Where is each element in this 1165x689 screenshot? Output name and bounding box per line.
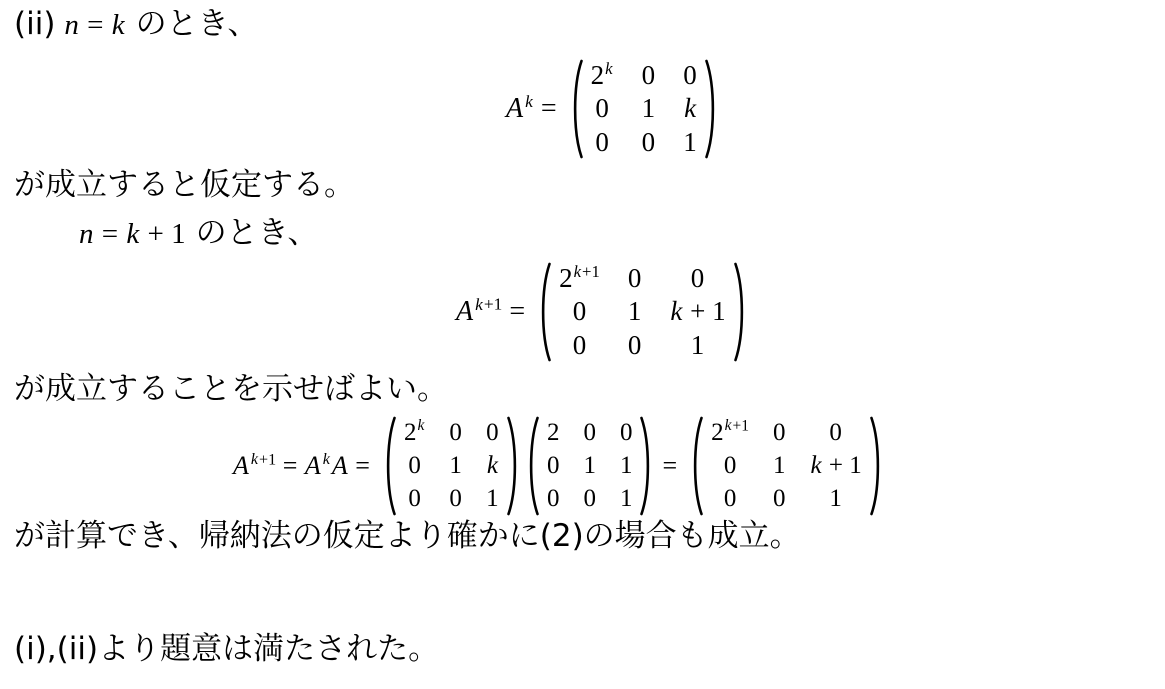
matrix-cell: 2k (404, 418, 425, 448)
matrix-product-a: 200011001 (525, 416, 655, 516)
matrix-cell: 2k+1 (559, 262, 600, 295)
matrix-cell: 0 (547, 451, 560, 481)
math-n-equals-k-plus-1: n = k + 1 (78, 218, 186, 250)
line-case-ii-intro: (ii)n = kのとき、 (14, 6, 258, 43)
matrix-ak: 2k0001k001 (569, 59, 719, 159)
matrix-cell: 0 (404, 451, 425, 481)
matrix-cell: 0 (449, 484, 462, 514)
matrix-product-result-grid: 2k+10001k + 1001 (704, 416, 869, 516)
matrix-cell: 0 (583, 418, 596, 448)
matrix-cell: 0 (711, 484, 749, 514)
matrix-cell: 0 (559, 329, 600, 362)
right-paren (506, 416, 521, 516)
matrix-cell: 1 (486, 484, 499, 514)
equation-ak-lhs: Ak = (505, 93, 557, 125)
matrix-cell: 1 (620, 484, 633, 514)
matrix-cell: k (486, 451, 499, 481)
right-paren (704, 59, 719, 159)
matrix-cell: 0 (559, 295, 600, 328)
matrix-ak-grid: 2k0001k001 (584, 59, 704, 159)
matrix-product-result: 2k+10001k + 1001 (689, 416, 884, 516)
matrix-cell: 2k+1 (711, 418, 749, 448)
matrix-cell: 0 (449, 418, 462, 448)
line-assume-holds: が成立すると仮定する。 (14, 167, 355, 203)
matrix-cell: 0 (547, 484, 560, 514)
line-final-conclusion: (i),(ii)より題意は満たされた。 (14, 631, 439, 667)
matrix-cell: 1 (773, 451, 786, 481)
matrix-cell: 1 (669, 329, 725, 362)
left-paren (382, 416, 397, 516)
matrix-cell: 1 (810, 484, 862, 514)
line3-suffix: のとき、 (196, 215, 319, 251)
right-paren (733, 262, 748, 362)
matrix-cell: 1 (620, 451, 633, 481)
matrix-cell: 0 (591, 92, 614, 125)
line-computation-conclusion: が計算でき、帰納法の仮定より確かに(2)の場合も成立。 (14, 518, 801, 554)
matrix-cell: 0 (628, 262, 642, 295)
case-ii-label: (ii) (14, 6, 55, 42)
matrix-cell: 1 (449, 451, 462, 481)
equation-product-lhs: Ak+1 = AkA = (232, 451, 370, 481)
equation-ak1-lhs: Ak+1 = (455, 296, 525, 328)
matrix-cell: 0 (773, 484, 786, 514)
left-paren (525, 416, 540, 516)
right-paren (639, 416, 654, 516)
equation-product: Ak+1 = AkA = 2k0001k001 200011001 = 2k (232, 420, 884, 512)
matrix-cell: 1 (583, 451, 596, 481)
math-n-equals-k: n = k (63, 9, 125, 41)
matrix-cell: 0 (404, 484, 425, 514)
matrix-product-ak: 2k0001k001 (382, 416, 521, 516)
matrix-cell: 0 (683, 59, 697, 92)
matrix-cell: 0 (810, 418, 862, 448)
matrix-cell: 0 (583, 484, 596, 514)
matrix-product-a-grid: 200011001 (540, 416, 640, 516)
equation-ak: Ak = 2k0001k001 (505, 58, 719, 160)
line1-suffix: のとき、 (136, 6, 259, 42)
equation-ak1: Ak+1 = 2k+10001k + 1001 (455, 260, 748, 364)
matrix-cell: 0 (642, 126, 656, 159)
document-page: (ii)n = kのとき、 Ak = 2k0001k001 が成立すると仮定する… (0, 0, 1165, 689)
left-paren (569, 59, 584, 159)
matrix-cell: 1 (628, 295, 642, 328)
matrix-cell: 0 (642, 59, 656, 92)
matrix-cell: 0 (628, 329, 642, 362)
left-paren (537, 262, 552, 362)
matrix-cell: 0 (711, 451, 749, 481)
matrix-ak1: 2k+10001k + 1001 (537, 262, 747, 362)
matrix-cell: k (683, 92, 697, 125)
left-paren (689, 416, 704, 516)
matrix-cell: 1 (642, 92, 656, 125)
right-paren (869, 416, 884, 516)
matrix-cell: 0 (591, 126, 614, 159)
matrix-cell: k + 1 (810, 451, 862, 481)
matrix-cell: 0 (773, 418, 786, 448)
matrix-cell: 2 (547, 418, 560, 448)
matrix-ak1-grid: 2k+10001k + 1001 (552, 262, 732, 362)
line-suffices-to-show: が成立することを示せばよい。 (14, 371, 448, 407)
matrix-cell: 0 (669, 262, 725, 295)
matrix-cell: 0 (620, 418, 633, 448)
matrix-cell: 0 (486, 418, 499, 448)
equals-sign: = (662, 451, 677, 481)
matrix-cell: k + 1 (669, 295, 725, 328)
matrix-cell: 1 (683, 126, 697, 159)
matrix-product-ak-grid: 2k0001k001 (397, 416, 506, 516)
matrix-cell: 2k (591, 59, 614, 92)
line-case-k-plus-1: n = k + 1のとき、 (78, 215, 318, 252)
